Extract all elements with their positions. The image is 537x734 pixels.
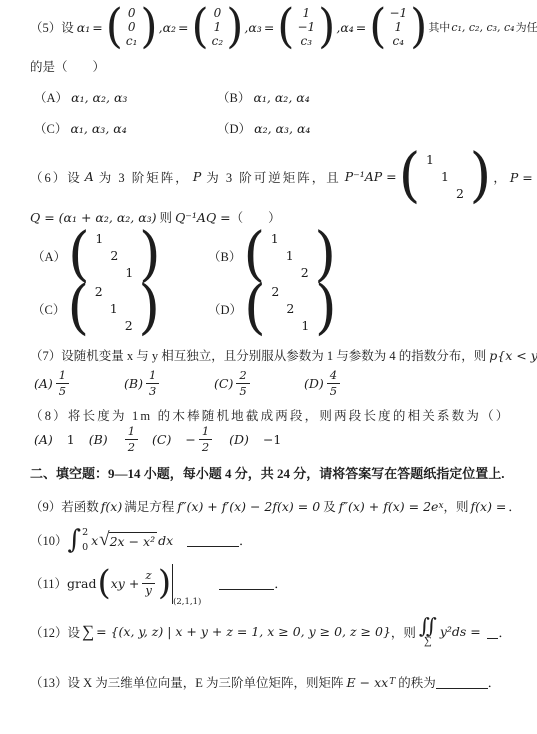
question-8-text: （8）将长度为 1m 的木棒随机地截成两段，则两段长度的相关系数为（） xyxy=(30,406,511,424)
right-paren: ) xyxy=(318,6,335,48)
numerator: 1 xyxy=(125,426,138,439)
option-label: （C） xyxy=(34,122,67,136)
matrix-entry: 1 xyxy=(301,318,309,333)
right-paren: ) xyxy=(158,566,171,600)
period: ． xyxy=(498,623,511,641)
numerator: 2 xyxy=(236,370,249,383)
question-6-text: 为 3 阶可逆矩阵，且 xyxy=(206,168,341,186)
left-paren: ( xyxy=(369,6,386,48)
matrix-entry: 1 xyxy=(110,301,118,316)
right-paren: ) xyxy=(470,150,492,203)
matrix-entry: 2 xyxy=(125,318,133,333)
minus-sign: − xyxy=(185,432,195,447)
answer-blank xyxy=(187,533,239,547)
evaluation-point: (2,1,1) xyxy=(173,597,201,607)
right-paren: ) xyxy=(140,6,157,48)
option-value: −1 xyxy=(263,432,281,447)
vector-entry: 1 xyxy=(394,20,402,34)
left-paren: ( xyxy=(277,6,294,48)
var-P: P xyxy=(193,169,203,184)
lower-limit: 0 xyxy=(82,542,88,553)
denominator: 3 xyxy=(146,383,159,397)
matrix-entry: 1 xyxy=(426,152,434,167)
expr-PinvAP: P⁻¹AP = xyxy=(345,169,397,184)
option-7c: (C)25 xyxy=(214,370,304,397)
vector-entry: −1 xyxy=(297,20,315,34)
left-paren: ( xyxy=(399,150,421,203)
sqrt-expression: √2x − x² xyxy=(99,532,157,548)
question-5-lead: （5）设 xyxy=(30,18,74,36)
grad-argument: xy + xyxy=(111,576,140,591)
math-equation-1: f″(x) + f′(x) − 2f(x) = 0 xyxy=(177,499,320,514)
question-7-text: （7）设随机变量 x 与 y 相互独立，且分别服从参数为 1 与参数为 4 的指… xyxy=(30,346,486,364)
transpose-T: T xyxy=(389,677,395,687)
matrix-entry: 1 xyxy=(286,248,294,263)
left-paren: ( xyxy=(97,566,110,600)
period: ． xyxy=(274,574,287,592)
option-value: α₂, α₃, α₄ xyxy=(254,121,310,136)
left-paren: ( xyxy=(244,282,266,335)
question-6-text: 为 3 阶矩阵， xyxy=(99,168,190,186)
question-13-text: （13）设 X 为三维单位向量，E 为三阶单位矩阵，则矩阵 xyxy=(30,673,344,691)
answer-blank xyxy=(219,576,274,590)
vector-3-name: α₃ xyxy=(248,20,261,35)
question-7-line: （7）设随机变量 x 与 y 相互独立，且分别服从参数为 1 与参数为 4 的指… xyxy=(30,346,511,364)
option-value: α₁, α₂, α₃ xyxy=(71,90,127,105)
left-paren: ( xyxy=(106,6,123,48)
math-fx-equals: f(x) = xyxy=(471,499,507,514)
denominator: y xyxy=(142,583,155,597)
option-6a: （A） ( 121 ) xyxy=(32,230,208,281)
radicand: 2x − x² xyxy=(109,532,157,548)
fraction: 15 xyxy=(56,370,69,397)
answer-blank xyxy=(436,675,488,689)
set-definition: = {(x, y, z) | x + y + z = 1, x ≥ 0, y ≥… xyxy=(96,624,391,639)
option-label: （C） xyxy=(32,300,65,318)
right-paren: ) xyxy=(226,6,243,48)
answer-blank xyxy=(487,625,499,639)
option-6d: （D） ( 221 ) xyxy=(208,283,511,334)
question-13-text2: 的秩为 xyxy=(398,673,436,691)
question-6-line2: Q = (α₁ + α₂, α₂, α₃) 则 Q⁻¹AQ = （ ） xyxy=(30,208,511,226)
denominator: 2 xyxy=(199,439,212,453)
option-5a: （A） α₁, α₂, α₃ xyxy=(34,88,217,106)
matrix-entry: 2 xyxy=(95,284,103,299)
option-6c: （C） ( 212 ) xyxy=(32,283,208,334)
numerator: z xyxy=(143,570,155,583)
option-value: α₁, α₃, α₄ xyxy=(70,121,126,136)
vector-entry: −1 xyxy=(389,6,407,20)
question-5-line1: （5）设 α₁ = ( 00c₁ ) , α₂ = ( 01c₂ ) , α₃ … xyxy=(30,6,511,48)
section-2-header: 二、填空题：9—14 小题，每小题 4 分，共 24 分，请将答案写在答题纸指定… xyxy=(30,463,511,482)
right-paren: ) xyxy=(410,6,427,48)
option-label: （B） xyxy=(208,247,241,265)
equals-sign: = xyxy=(178,20,188,35)
matrix-entry: 2 xyxy=(271,284,279,299)
question-5-tail-text2: 为任意常数，则下列向量组线性相关 xyxy=(516,19,537,35)
numerator: 4 xyxy=(327,370,340,383)
option-label: （B） xyxy=(217,91,250,105)
question-9-then: ，则 xyxy=(444,497,469,515)
question-7-options: (A)15 (B)13 (C)25 (D)45 xyxy=(30,370,511,397)
option-label: (A) xyxy=(34,432,53,447)
upper-limit: 2 xyxy=(82,527,88,538)
option-label: (B) xyxy=(89,432,108,447)
dx: dx xyxy=(158,533,173,548)
vector-entry: 1 xyxy=(214,20,222,34)
vector-entry: 0 xyxy=(128,6,136,20)
denominator: 5 xyxy=(236,383,249,397)
matrix-PinvAP: ( 112 ) xyxy=(399,151,492,202)
period: ． xyxy=(508,497,521,515)
vector-1-matrix: ( 00c₁ ) xyxy=(106,6,158,48)
question-9-line: （9）若函数 f(x) 满足方程 f″(x) + f′(x) − 2f(x) =… xyxy=(30,497,511,515)
option-label: (B) xyxy=(124,376,143,391)
option-7b: (B)13 xyxy=(124,370,214,397)
separator-comma: ， xyxy=(493,168,506,186)
matrix-entry: 1 xyxy=(441,169,449,184)
question-6-then: 则 xyxy=(160,208,173,226)
fraction: 25 xyxy=(236,370,249,397)
vector-entry: c₃ xyxy=(301,34,313,48)
question-13-line: （13）设 X 为三维单位向量，E 为三阶单位矩阵，则矩阵 E − xxT 的秩… xyxy=(30,673,511,691)
vector-entry: 1 xyxy=(303,6,311,20)
var-A: A xyxy=(85,169,96,184)
integral-limits: 20 xyxy=(82,527,88,553)
question-6-options: （A） ( 121 ) （B） ( 112 ) （C） ( 212 ) （D xyxy=(30,230,511,334)
question-10-line: （10） ∫ 20 x √2x − x² dx ． xyxy=(30,526,511,554)
denominator: 5 xyxy=(327,383,340,397)
option-value: α₁, α₂, α₄ xyxy=(253,90,309,105)
matrix-entry: 2 xyxy=(456,186,464,201)
option-label: （A） xyxy=(34,91,68,105)
right-paren: ) xyxy=(315,282,337,335)
option-5d: （D） α₂, α₃, α₄ xyxy=(217,119,511,137)
numerator: 1 xyxy=(199,426,212,439)
question-6-line1: （6）设 A 为 3 阶矩阵， P 为 3 阶可逆矩阵，且 P⁻¹AP = ( … xyxy=(30,151,511,202)
fraction: zy xyxy=(142,570,155,597)
option-label: (C) xyxy=(152,432,171,447)
option-matrix: ( 221 ) xyxy=(244,283,337,334)
vector-2-name: α₂ xyxy=(163,20,176,35)
option-label: (D) xyxy=(304,376,324,391)
option-label: (C) xyxy=(214,376,233,391)
vector-entry: c₁ xyxy=(126,34,138,48)
option-label: (A) xyxy=(34,376,53,391)
expr-QinvAQ: Q⁻¹AQ = xyxy=(175,210,231,225)
period: ． xyxy=(239,531,252,549)
fraction: 12 xyxy=(125,426,138,453)
question-9-and: 及 xyxy=(323,497,336,515)
equals-sign: = xyxy=(356,20,366,35)
evaluation-bar: (2,1,1) xyxy=(172,562,201,604)
question-12-label: （12）设 xyxy=(30,623,80,641)
option-5b: （B） α₁, α₂, α₄ xyxy=(217,88,511,106)
vector-entry: c₂ xyxy=(212,34,224,48)
double-integral-sign: ∬ xyxy=(419,616,437,637)
question-9-text2: 满足方程 xyxy=(124,497,174,515)
option-label: （D） xyxy=(217,122,251,136)
question-7-math: p{x < y} = xyxy=(489,348,537,363)
question-5-tail-text: 其中 xyxy=(428,19,450,35)
numerator: 1 xyxy=(56,370,69,383)
question-6-text: （6）设 xyxy=(30,168,82,186)
integrand-x: x xyxy=(91,533,98,548)
integrand-y2ds: y²ds = xyxy=(440,624,481,639)
vector-4-name: α₄ xyxy=(340,20,353,35)
question-12-line: （12）设 ∑ = {(x, y, z) | x + y + z = 1, x … xyxy=(30,616,511,647)
question-8-options: (A) 1 (B) 12 (C) −12 (D) −1 xyxy=(30,426,511,453)
option-7d: (D)45 xyxy=(304,370,511,397)
left-paren: ( xyxy=(67,282,89,335)
matrix-expression: E − xx xyxy=(347,675,389,690)
sigma-symbol: ∑ xyxy=(82,622,94,642)
fraction: 12 xyxy=(199,426,212,453)
question-5-options: （A） α₁, α₂, α₃ （B） α₁, α₂, α₄ （C） α₁, α₃… xyxy=(30,88,511,137)
question-5-tail-math: c₁, c₂, c₃, c₄ xyxy=(451,21,514,34)
option-label: （D） xyxy=(208,300,242,318)
option-label: （A） xyxy=(32,247,66,265)
math-equation-2: f″(x) + f(x) = 2e xyxy=(339,499,439,514)
option-value: 1 xyxy=(67,432,75,447)
equals-sign: = xyxy=(264,20,274,35)
vector-3-matrix: ( 1−1c₃ ) xyxy=(277,6,335,48)
option-5c: （C） α₁, α₃, α₄ xyxy=(34,119,217,137)
question-9-text: （9）若函数 xyxy=(30,497,99,515)
option-value: −12 xyxy=(185,426,215,453)
surface-integral: ∬∑ xyxy=(419,616,437,647)
exam-page: （5）设 α₁ = ( 00c₁ ) , α₂ = ( 01c₂ ) , α₃ … xyxy=(0,0,537,691)
question-10-label: （10） xyxy=(30,531,68,549)
fraction: 45 xyxy=(327,370,340,397)
matrix-entry: 2 xyxy=(110,248,118,263)
numerator: 1 xyxy=(146,370,159,383)
question-5-line2: 的是（ ） xyxy=(30,57,511,75)
vector-1-name: α₁ xyxy=(77,20,90,35)
vector-4-matrix: ( −11c₄ ) xyxy=(369,6,427,48)
fraction: 13 xyxy=(146,370,159,397)
grad-operator: grad xyxy=(67,576,96,591)
vector-entry: c₄ xyxy=(393,34,405,48)
denominator: 5 xyxy=(56,383,69,397)
integral-sign: ∫ xyxy=(68,526,82,554)
matrix-entry: 1 xyxy=(95,231,103,246)
vector-2-matrix: ( 01c₂ ) xyxy=(192,6,244,48)
integral-domain-sigma: ∑ xyxy=(424,636,432,647)
equals-sign: = xyxy=(92,20,102,35)
option-matrix: ( 212 ) xyxy=(67,283,160,334)
left-paren: ( xyxy=(192,6,209,48)
option-7a: (A)15 xyxy=(34,370,124,397)
right-paren: ) xyxy=(138,282,160,335)
period: ． xyxy=(488,673,501,691)
option-label: (D) xyxy=(229,432,249,447)
question-12-then: ，则 xyxy=(391,623,416,641)
question-11-line: （11） grad ( xy + zy ) (2,1,1) ． xyxy=(30,562,511,604)
expr-P-columns: P = (α₁, α₂, α₃)， xyxy=(510,168,537,186)
vector-entry: 0 xyxy=(214,6,222,20)
math-fx: f(x) xyxy=(101,499,122,514)
vector-entry: 0 xyxy=(128,20,136,34)
question-11-label: （11） xyxy=(30,574,67,592)
denominator: 2 xyxy=(125,439,138,453)
matrix-entry: 1 xyxy=(271,231,279,246)
matrix-entry: 1 xyxy=(125,265,133,280)
expr-Q: Q = (α₁ + α₂, α₂, α₃) xyxy=(30,210,157,225)
matrix-entry: 2 xyxy=(286,301,294,316)
matrix-entry: 2 xyxy=(301,265,309,280)
